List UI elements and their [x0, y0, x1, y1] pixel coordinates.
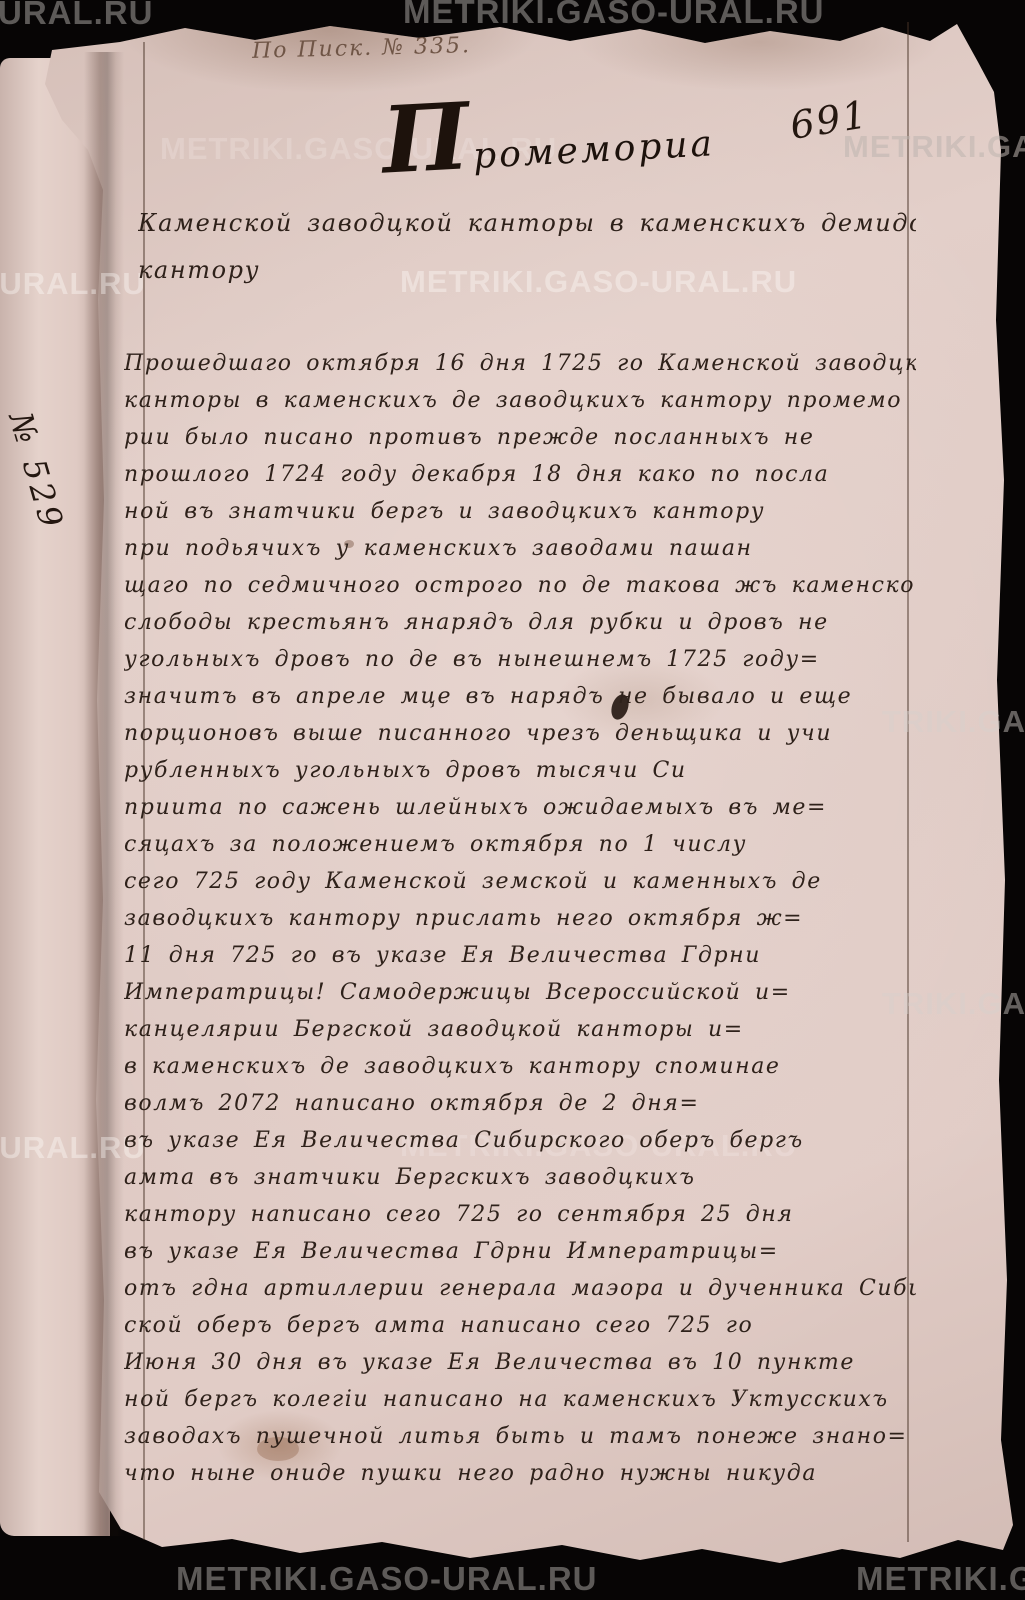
manuscript-line: 11 дня 725 го въ указе Ея Величества Гдр… [124, 940, 916, 977]
manuscript-line: прошлого 1724 году декабря 18 дня како п… [124, 459, 916, 496]
manuscript-line: в каменскихъ де заводцкихъ кантору споми… [124, 1051, 916, 1088]
manuscript-line: угольныхъ дровъ по де въ нынешнемъ 1725 … [124, 644, 916, 681]
watermark: METRIKI.GASO-URAL.RU [176, 1560, 597, 1598]
manuscript-line: рубленныхъ угольныхъ дровъ тысячи Си [124, 755, 916, 792]
manuscript-scan: -URAL.RU METRIKI.GASO-URAL.RU METRIKI.GA… [0, 0, 1025, 1600]
manuscript-line: заводцкихъ кантору прислать него октября… [124, 903, 916, 940]
manuscript-line: что ныне ониде пушки него радно нужны ни… [124, 1458, 916, 1495]
salutation-block: Каменской заводцкой канторы в каменскихъ… [138, 206, 916, 300]
manuscript-line: сяцахъ за положениемъ октября по 1 числу [124, 829, 916, 866]
manuscript-line: Каменской заводцкой канторы в каменскихъ… [138, 206, 916, 253]
manuscript-line: Июня 30 дня въ указе Ея Величества въ 10… [124, 1347, 916, 1384]
watermark: METRIKI.GASO-URAL.RU [403, 0, 824, 31]
manuscript-line: кантору написано сего 725 го сентября 25… [124, 1199, 916, 1236]
manuscript-line: канцелярии Бергской заводцкой канторы и= [124, 1014, 916, 1051]
manuscript-line: ной бергъ колегіи написано на каменскихъ… [124, 1384, 916, 1421]
manuscript-line: Императрицы! Самодержицы Всероссийской и… [124, 977, 916, 1014]
manuscript-line: волмъ 2072 написано октября де 2 дня= [124, 1088, 916, 1125]
manuscript-line: ной въ знатчики бергъ и заводцкихъ канто… [124, 496, 916, 533]
manuscript-line: приита по сажень шлейныхъ ожидаемыхъ въ … [124, 792, 916, 829]
manuscript-line: порционовъ выше писанного чрезъ деньщика… [124, 718, 916, 755]
manuscript-line: кантору [138, 253, 916, 300]
manuscript-line: заводахъ пушечной литья быть и тамъ поне… [124, 1421, 916, 1458]
manuscript-line: Прошедшаго октября 16 дня 1725 го Каменс… [124, 348, 916, 385]
manuscript-line: канторы в каменскихъ де заводцкихъ канто… [124, 385, 916, 422]
binding-gutter-shadow [84, 52, 124, 1536]
manuscript-line: рии было писано противъ прежде посланных… [124, 422, 916, 459]
manuscript-body: Прошедшаго октября 16 дня 1725 го Каменс… [124, 348, 916, 1495]
manuscript-line: амта въ знатчики Бергскихъ заводцкихъ [124, 1162, 916, 1199]
document-title: Промемориа [379, 69, 716, 194]
manuscript-line: значитъ въ апреле мце въ нарядъ не бывал… [124, 681, 916, 718]
manuscript-line: слободы крестьянъ янарядъ для рубки и др… [124, 607, 916, 644]
manuscript-line: при подьячихъ у каменскихъ заводами паша… [124, 533, 916, 570]
manuscript-line: въ указе Ея Величества Сибирского оберъ … [124, 1125, 916, 1162]
manuscript-line: въ указе Ея Величества Гдрни Императрицы… [124, 1236, 916, 1273]
manuscript-line: отъ гдна артиллерии генерала маэора и ду… [124, 1273, 916, 1310]
manuscript-line: щаго по седмичного острого по де такова … [124, 570, 916, 607]
manuscript-line: сего 725 году Каменской земской и каменн… [124, 866, 916, 903]
manuscript-line: ской оберъ бергъ амта написано сего 725 … [124, 1310, 916, 1347]
watermark: METRIKI.GA [856, 1560, 1025, 1598]
watermark: -URAL.RU [0, 0, 153, 32]
